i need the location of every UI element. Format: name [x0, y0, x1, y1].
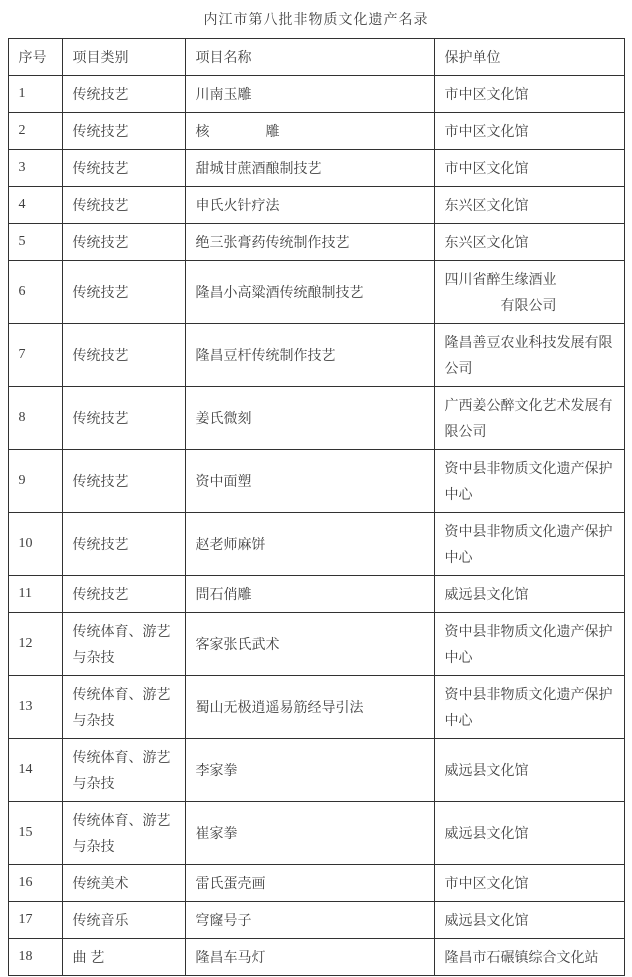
cell-protection-unit: 隆昌善豆农业科技发展有限公司 [434, 324, 624, 387]
cell-category: 传统体育、游艺与杂技 [62, 613, 185, 676]
table-row: 7传统技艺隆昌豆杆传统制作技艺隆昌善豆农业科技发展有限公司 [8, 324, 624, 387]
cell-project-name: 资中面塑 [185, 450, 434, 513]
table-row: 5传统技艺绝三张膏药传统制作技艺东兴区文化馆 [8, 224, 624, 261]
cell-protection-unit: 广西姜公醉文化艺术发展有限公司 [434, 387, 624, 450]
table-row: 15传统体育、游艺与杂技崔家拳威远县文化馆 [8, 802, 624, 865]
table-row: 3传统技艺甜城甘蔗酒酿制技艺市中区文化馆 [8, 150, 624, 187]
cell-serial-number: 5 [8, 224, 62, 261]
header-serial-number: 序号 [8, 39, 62, 76]
table-row: 1传统技艺川南玉雕市中区文化馆 [8, 76, 624, 113]
cell-serial-number: 10 [8, 513, 62, 576]
cell-project-name: 申氏火针疗法 [185, 187, 434, 224]
cell-protection-unit: 市中区文化馆 [434, 113, 624, 150]
cell-protection-unit: 四川省醉生缘酒业 有限公司 [434, 261, 624, 324]
cell-serial-number: 9 [8, 450, 62, 513]
cell-category: 传统技艺 [62, 513, 185, 576]
cell-category: 传统技艺 [62, 576, 185, 613]
cell-protection-unit: 市中区文化馆 [434, 76, 624, 113]
cell-serial-number: 18 [8, 939, 62, 976]
cell-project-name: 穹窿号子 [185, 902, 434, 939]
table-row: 4传统技艺申氏火针疗法东兴区文化馆 [8, 187, 624, 224]
header-category: 项目类别 [62, 39, 185, 76]
table-row: 10传统技艺赵老师麻饼资中县非物质文化遗产保护中心 [8, 513, 624, 576]
cell-project-name: 李家拳 [185, 739, 434, 802]
cell-project-name: 崔家拳 [185, 802, 434, 865]
cell-serial-number: 13 [8, 676, 62, 739]
header-project-name: 项目名称 [185, 39, 434, 76]
cell-category: 传统技艺 [62, 76, 185, 113]
cell-project-name: 川南玉雕 [185, 76, 434, 113]
cell-serial-number: 2 [8, 113, 62, 150]
cell-project-name: 隆昌车马灯 [185, 939, 434, 976]
cell-category: 传统技艺 [62, 224, 185, 261]
cell-serial-number: 1 [8, 76, 62, 113]
table-row: 14传统体育、游艺与杂技李家拳威远县文化馆 [8, 739, 624, 802]
cell-category: 传统美术 [62, 865, 185, 902]
cell-serial-number: 15 [8, 802, 62, 865]
table-row: 18曲 艺隆昌车马灯隆昌市石碾镇综合文化站 [8, 939, 624, 976]
cell-project-name: 雷氏蛋壳画 [185, 865, 434, 902]
cell-serial-number: 4 [8, 187, 62, 224]
heritage-table: 序号 项目类别 项目名称 保护单位 1传统技艺川南玉雕市中区文化馆2传统技艺核 … [8, 38, 625, 976]
table-row: 2传统技艺核 雕市中区文化馆 [8, 113, 624, 150]
cell-category: 传统技艺 [62, 187, 185, 224]
cell-serial-number: 3 [8, 150, 62, 187]
table-body: 1传统技艺川南玉雕市中区文化馆2传统技艺核 雕市中区文化馆3传统技艺甜城甘蔗酒酿… [8, 76, 624, 976]
table-row: 9传统技艺资中面塑资中县非物质文化遗产保护中心 [8, 450, 624, 513]
table-row: 17传统音乐穹窿号子威远县文化馆 [8, 902, 624, 939]
table-row: 8传统技艺姜氏微刻广西姜公醉文化艺术发展有限公司 [8, 387, 624, 450]
cell-category: 传统技艺 [62, 113, 185, 150]
cell-category: 传统技艺 [62, 450, 185, 513]
header-protection-unit: 保护单位 [434, 39, 624, 76]
cell-protection-unit: 隆昌市石碾镇综合文化站 [434, 939, 624, 976]
cell-protection-unit: 资中县非物质文化遗产保护中心 [434, 513, 624, 576]
cell-project-name: 問石俏雕 [185, 576, 434, 613]
cell-serial-number: 11 [8, 576, 62, 613]
cell-project-name: 甜城甘蔗酒酿制技艺 [185, 150, 434, 187]
cell-protection-unit: 资中县非物质文化遗产保护中心 [434, 676, 624, 739]
cell-project-name: 赵老师麻饼 [185, 513, 434, 576]
table-row: 12传统体育、游艺与杂技客家张氏武术资中县非物质文化遗产保护中心 [8, 613, 624, 676]
cell-category: 传统技艺 [62, 261, 185, 324]
document-page: 内江市第八批非物质文化遗产名录 序号 项目类别 项目名称 保护单位 1传统技艺川… [0, 0, 632, 977]
cell-serial-number: 7 [8, 324, 62, 387]
cell-project-name: 姜氏微刻 [185, 387, 434, 450]
cell-protection-unit: 资中县非物质文化遗产保护中心 [434, 613, 624, 676]
cell-protection-unit: 资中县非物质文化遗产保护中心 [434, 450, 624, 513]
table-header-row: 序号 项目类别 项目名称 保护单位 [8, 39, 624, 76]
cell-serial-number: 6 [8, 261, 62, 324]
cell-category: 传统技艺 [62, 150, 185, 187]
cell-project-name: 蜀山无极逍遥易筋经导引法 [185, 676, 434, 739]
cell-category: 传统音乐 [62, 902, 185, 939]
table-row: 16传统美术雷氏蛋壳画市中区文化馆 [8, 865, 624, 902]
cell-protection-unit: 市中区文化馆 [434, 865, 624, 902]
cell-serial-number: 17 [8, 902, 62, 939]
cell-protection-unit: 威远县文化馆 [434, 902, 624, 939]
cell-protection-unit: 市中区文化馆 [434, 150, 624, 187]
cell-project-name: 核 雕 [185, 113, 434, 150]
cell-protection-unit: 威远县文化馆 [434, 739, 624, 802]
page-title: 内江市第八批非物质文化遗产名录 [0, 0, 632, 38]
cell-category: 传统体育、游艺与杂技 [62, 676, 185, 739]
cell-protection-unit: 东兴区文化馆 [434, 187, 624, 224]
cell-category: 曲 艺 [62, 939, 185, 976]
table-row: 13传统体育、游艺与杂技蜀山无极逍遥易筋经导引法资中县非物质文化遗产保护中心 [8, 676, 624, 739]
cell-protection-unit: 威远县文化馆 [434, 576, 624, 613]
cell-category: 传统体育、游艺与杂技 [62, 739, 185, 802]
cell-serial-number: 16 [8, 865, 62, 902]
cell-serial-number: 8 [8, 387, 62, 450]
table-row: 6传统技艺隆昌小高粱酒传统酿制技艺四川省醉生缘酒业 有限公司 [8, 261, 624, 324]
cell-project-name: 隆昌豆杆传统制作技艺 [185, 324, 434, 387]
cell-project-name: 隆昌小高粱酒传统酿制技艺 [185, 261, 434, 324]
cell-category: 传统技艺 [62, 387, 185, 450]
cell-project-name: 绝三张膏药传统制作技艺 [185, 224, 434, 261]
cell-protection-unit: 东兴区文化馆 [434, 224, 624, 261]
cell-serial-number: 12 [8, 613, 62, 676]
cell-project-name: 客家张氏武术 [185, 613, 434, 676]
cell-protection-unit: 威远县文化馆 [434, 802, 624, 865]
cell-serial-number: 14 [8, 739, 62, 802]
cell-category: 传统体育、游艺与杂技 [62, 802, 185, 865]
table-row: 11传统技艺問石俏雕威远县文化馆 [8, 576, 624, 613]
cell-category: 传统技艺 [62, 324, 185, 387]
